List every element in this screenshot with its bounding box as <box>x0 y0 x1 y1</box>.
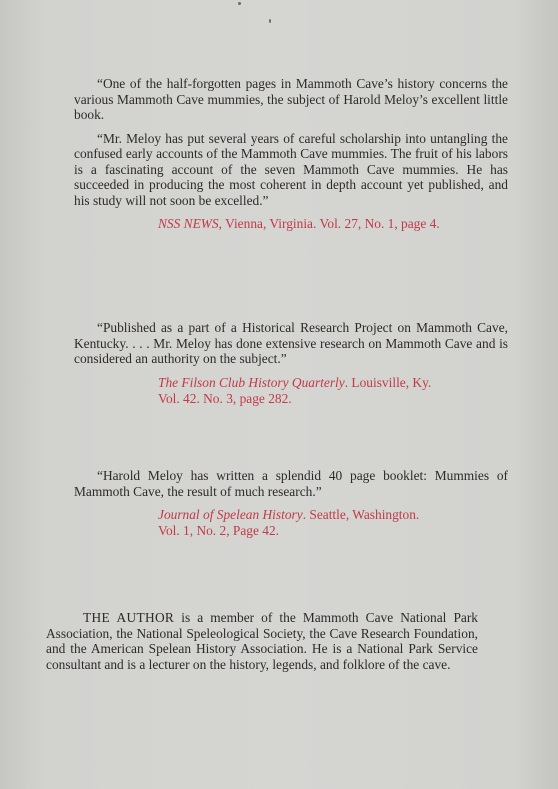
citation-details: . Louisville, Ky. <box>345 375 432 390</box>
citation-source-title: Journal of Spelean History <box>158 507 303 522</box>
review-quote-paragraph: “Published as a part of a Historical Res… <box>74 320 508 367</box>
review-quote-paragraph: “Harold Meloy has written a splendid 40 … <box>74 468 508 499</box>
review-filson-club: “Published as a part of a Historical Res… <box>74 320 508 407</box>
paper-speck <box>238 2 241 5</box>
review-quote-paragraph: “Mr. Meloy has put several years of care… <box>74 131 508 209</box>
review-citation: NSS NEWS, Vienna, Virginia. Vol. 27, No.… <box>74 216 508 232</box>
citation-details: . Seattle, Washington. <box>303 507 420 522</box>
author-bio: THE AUTHOR is a member of the Mammoth Ca… <box>46 610 478 672</box>
citation-volume: Vol. 1, No. 2, Page 42. <box>158 523 508 539</box>
back-cover-page: “One of the half-forgotten pages in Mamm… <box>0 0 558 789</box>
review-citation: The Filson Club History Quarterly. Louis… <box>74 375 508 407</box>
citation-source-title: NSS NEWS <box>158 216 219 231</box>
review-spelean-history: “Harold Meloy has written a splendid 40 … <box>74 468 508 539</box>
author-bio-lead: THE AUTHOR <box>83 610 174 625</box>
citation-volume: Vol. 42. No. 3, page 282. <box>158 391 508 407</box>
review-citation: Journal of Spelean History. Seattle, Was… <box>74 507 508 539</box>
citation-source-title: The Filson Club History Quarterly <box>158 375 345 390</box>
citation-details: , Vienna, Virginia. Vol. 27, No. 1, page… <box>219 216 440 231</box>
review-nss-news: “One of the half-forgotten pages in Mamm… <box>74 76 508 232</box>
review-quote-paragraph: “One of the half-forgotten pages in Mamm… <box>74 76 508 123</box>
paper-speck <box>269 19 271 23</box>
